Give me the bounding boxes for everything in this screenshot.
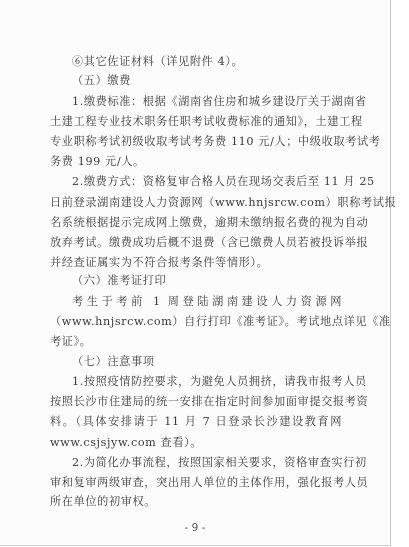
paragraph-line: 所在单位的初审权。 — [50, 492, 342, 512]
section-heading-notes: （七）注意事项 — [72, 352, 364, 372]
document-page: ⑥其它佐证材料（详见附件 4）。 （五）缴费 1.缴费标准：根据《湖南省住房和城… — [0, 0, 391, 546]
paragraph-line: 并经查证属实为不符合报考条件等情形）。 — [50, 253, 342, 273]
section-heading-fee: （五）缴费 — [72, 71, 364, 91]
paragraph-line: 审和复审两级审查，突出用人单位的主体作用，强化报考人员 — [50, 473, 342, 493]
paragraph-line: 1.按照疫情防控要求，为避免人员拥挤，请我市报考人员 — [72, 372, 342, 392]
list-item-6: ⑥其它佐证材料（详见附件 4）。 — [72, 52, 342, 72]
section-heading-admission-ticket: （六）准考证打印 — [72, 271, 364, 291]
paragraph-line: 1.缴费标准：根据《湖南省住房和城乡建设厅关于湖南省 — [72, 92, 342, 112]
page-number: - 9 - — [0, 522, 390, 534]
paragraph-line: 2.为简化办事流程，按照国家相关要求，资格审查实行初 — [72, 453, 342, 473]
paragraph-line: 名系统根据提示完成网上缴费，逾期未缴纳报名费的视为自动 — [50, 213, 342, 233]
paragraph-line: （www.hnjsrcw.com）自行打印《准考证》。考试地点详见《准 — [50, 312, 342, 332]
paragraph-line: 放弃考试。缴费成功后概不退费（含已缴费人员若被投诉举报 — [50, 233, 342, 253]
paragraph-line: 专业职称考试初级收取考试考务费 110 元/人；中级收取考试考 — [50, 132, 342, 152]
paragraph-line: www.csjsjyw.com 查看）。 — [50, 433, 342, 453]
paragraph-line: 按照长沙市住建局的统一安排在指定时间参加面审提交报考资 — [50, 392, 342, 412]
paragraph-line: 土建工程专业技术职务任职考试收费标准的通知》，土建工程 — [50, 112, 342, 132]
paragraph-line: 日前登录湖南建设人力资源网（www.hnjsrcw.com）职称考试报 — [50, 193, 342, 213]
paragraph-line: 考证》。 — [50, 332, 342, 352]
paragraph-line: 料。（具体安排请于 11 月 7 日登录长沙建设教育网 — [50, 412, 342, 432]
paragraph-line: 考生于考前 1 周登陆湖南建设人力资源网 — [72, 292, 342, 312]
paragraph-line: 务费 199 元/人。 — [50, 152, 342, 172]
paragraph-line: 2.缴费方式：资格复审合格人员在现场交表后至 11 月 25 — [72, 172, 342, 192]
